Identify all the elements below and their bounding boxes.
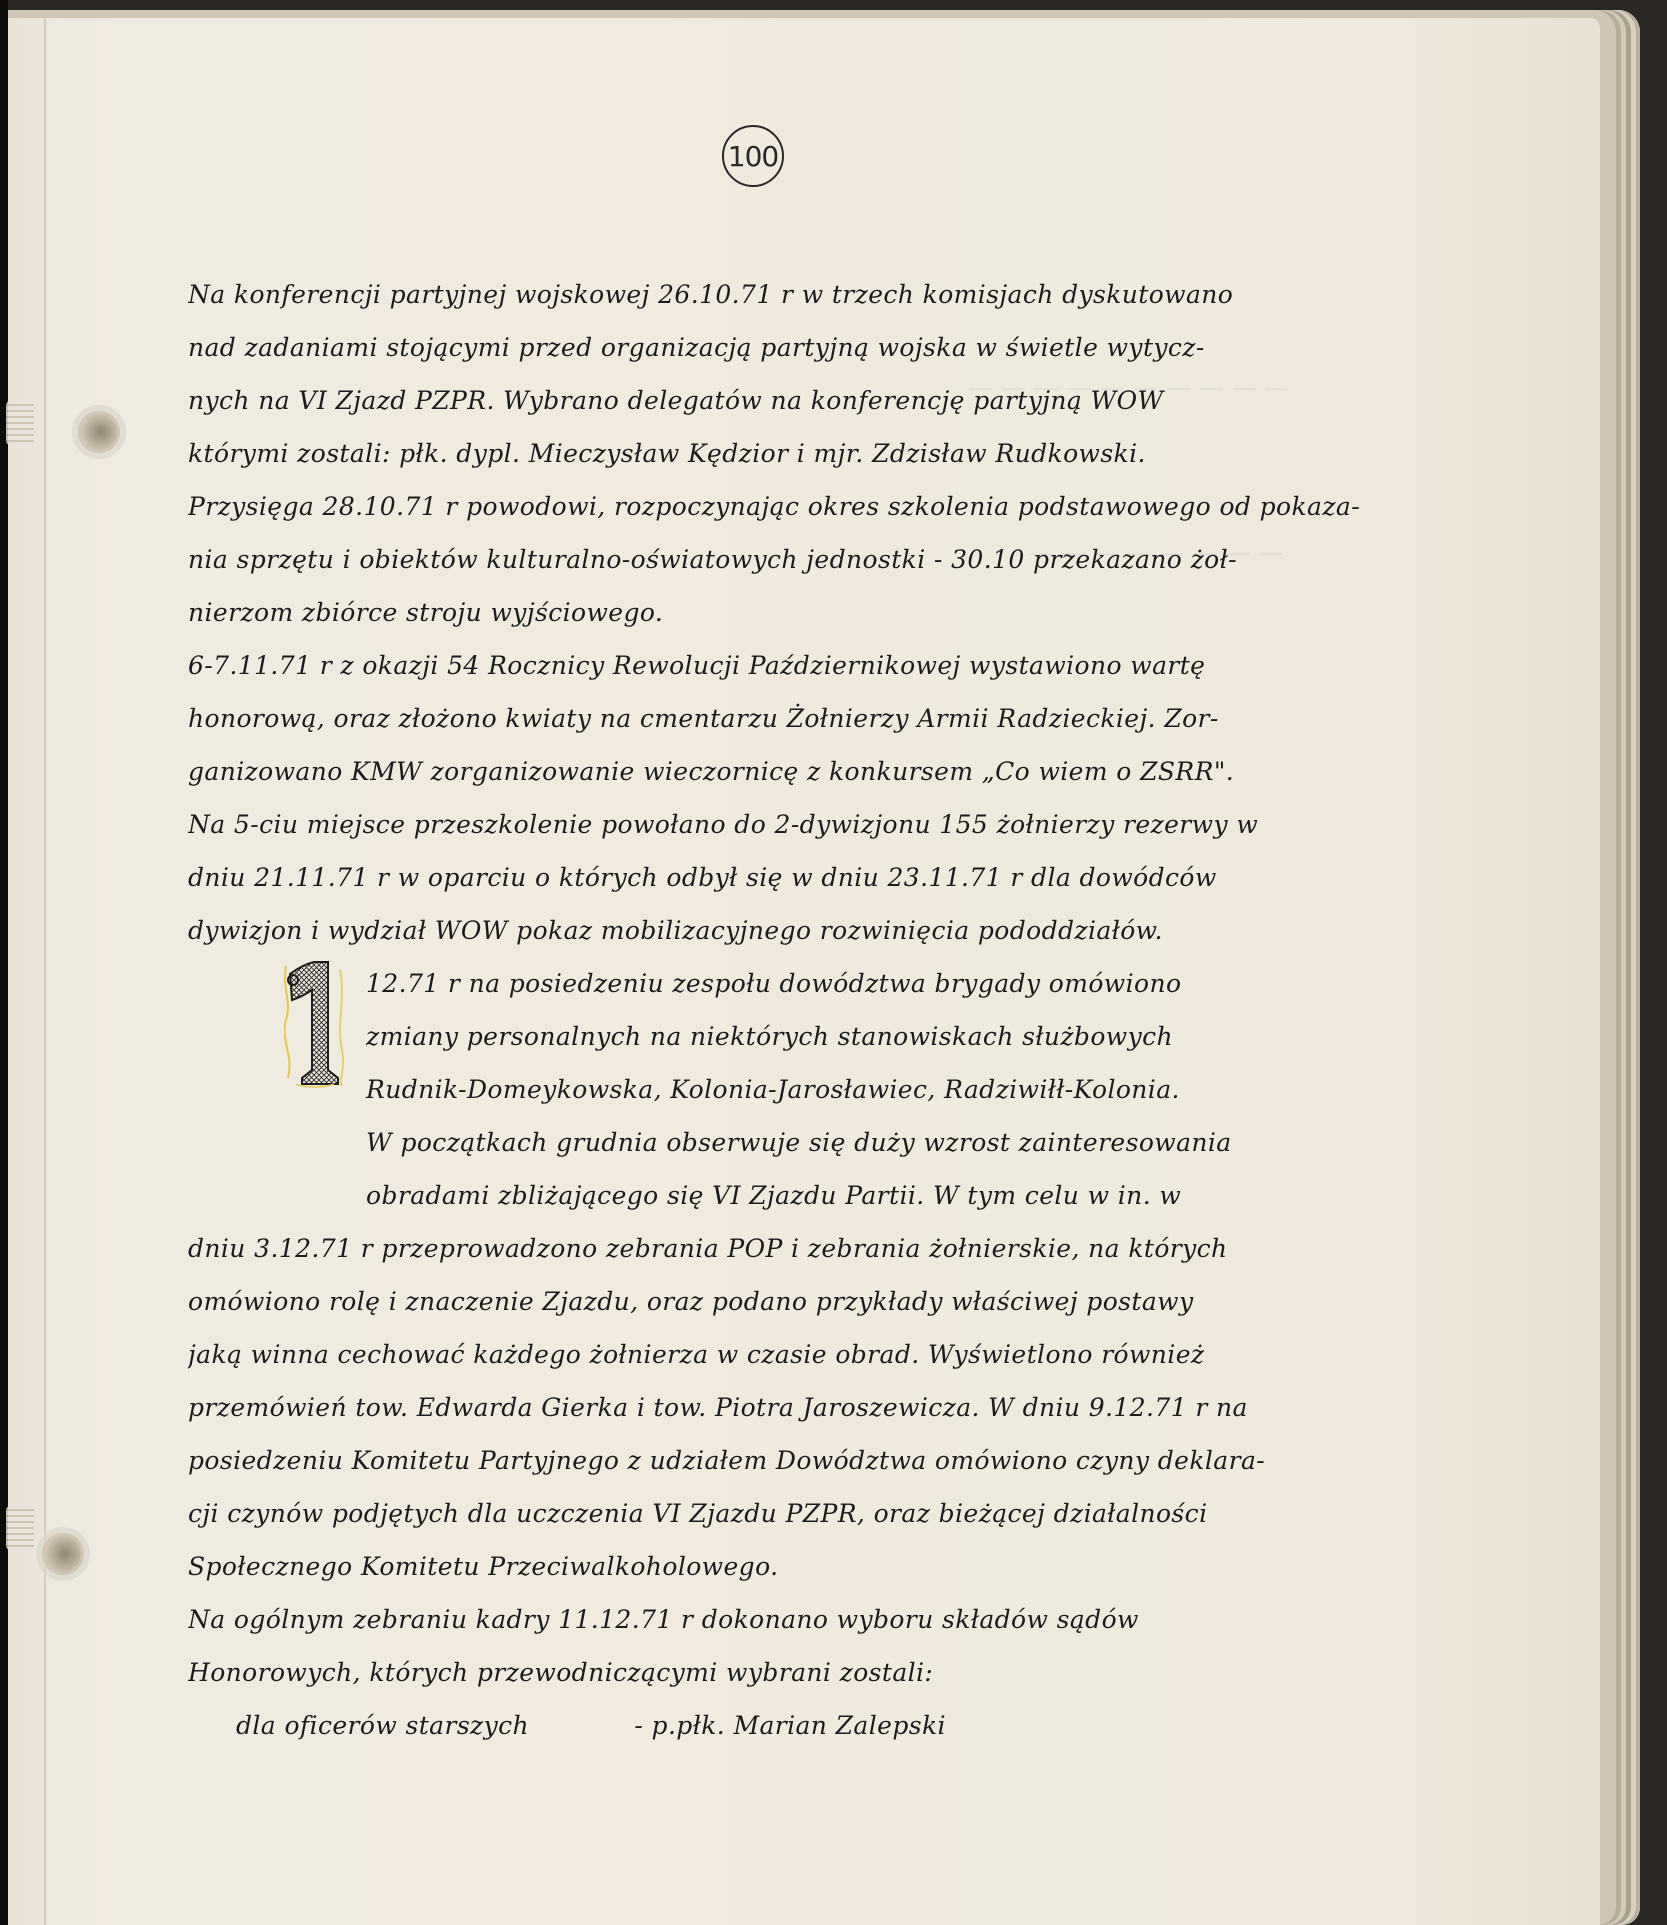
text-line: nia sprzętu i obiektów kulturalno-oświat… xyxy=(188,533,1428,586)
binding-hole xyxy=(42,1533,84,1575)
text-line: nych na VI Zjazd PZPR. Wybrano delegatów… xyxy=(188,374,1428,427)
text-line: 12.71 r na posiedzeniu zespołu dowództwa… xyxy=(188,957,1428,1010)
page-number: 100 xyxy=(722,125,784,187)
text-line: przemówień tow. Edwarda Gierka i tow. Pi… xyxy=(188,1381,1428,1434)
text-line: honorową, oraz złożono kwiaty na cmentar… xyxy=(188,692,1428,745)
handwritten-text: Na konferencji partyjnej wojskowej 26.10… xyxy=(188,268,1428,1752)
text-line: Społecznego Komitetu Przeciwalkoholowego… xyxy=(188,1540,1428,1593)
text-line: Rudnik-Domeykowska, Kolonia-Jarosławiec,… xyxy=(188,1063,1428,1116)
text-line: nierzom zbiórce stroju wyjściowego. xyxy=(188,586,1428,639)
text-line: którymi zostali: płk. dypl. Mieczysław K… xyxy=(188,427,1428,480)
text-line: posiedzeniu Komitetu Partyjnego z udział… xyxy=(188,1434,1428,1487)
scanned-document: — — — — — — — — — — — — — — — — — — 100 … xyxy=(0,0,1667,1925)
text-line: 6-7.11.71 r z okazji 54 Rocznicy Rewoluc… xyxy=(188,639,1428,692)
text-line: Na ogólnym zebraniu kadry 11.12.71 r dok… xyxy=(188,1593,1428,1646)
text-line: dywizjon i wydział WOW pokaz mobilizacyj… xyxy=(188,904,1428,957)
text-line: omówiono rolę i znaczenie Zjazdu, oraz p… xyxy=(188,1275,1428,1328)
binding-hole xyxy=(78,411,120,453)
text-line: W początkach grudnia obserwuje się duży … xyxy=(188,1116,1428,1169)
list-item-value: - p.płk. Marian Zalepski xyxy=(634,1711,946,1740)
text-line: dniu 3.12.71 r przeprowadzono zebrania P… xyxy=(188,1222,1428,1275)
text-line: Przysięga 28.10.71 r powodowi, rozpoczyn… xyxy=(188,480,1428,533)
text-line: zmiany personalnych na niektórych stanow… xyxy=(188,1010,1428,1063)
text-line: Honorowych, których przewodniczącymi wyb… xyxy=(188,1646,1428,1699)
text-line: Na 5-ciu miejsce przeszkolenie powołano … xyxy=(188,798,1428,851)
text-line: ganizowano KMW zorganizowanie wieczornic… xyxy=(188,745,1428,798)
binder-ring xyxy=(6,1505,34,1551)
binder-ring xyxy=(6,400,34,446)
text-line: Na konferencji partyjnej wojskowej 26.10… xyxy=(188,268,1428,321)
scan-border xyxy=(0,0,8,1925)
text-line: dniu 21.11.71 r w oparciu o których odby… xyxy=(188,851,1428,904)
text-line: cji czynów podjętych dla uczczenia VI Zj… xyxy=(188,1487,1428,1540)
text-line: obradami zbliżającego się VI Zjazdu Part… xyxy=(188,1169,1428,1222)
binding-fold xyxy=(44,18,46,1925)
text-line: jaką winna cechować każdego żołnierza w … xyxy=(188,1328,1428,1381)
list-item: dla oficerów starszych - p.płk. Marian Z… xyxy=(188,1699,1428,1752)
list-item-label: dla oficerów starszych xyxy=(236,1699,626,1752)
decorative-drop-cap-icon xyxy=(284,960,344,1088)
text-line: nad zadaniami stojącymi przed organizacj… xyxy=(188,321,1428,374)
